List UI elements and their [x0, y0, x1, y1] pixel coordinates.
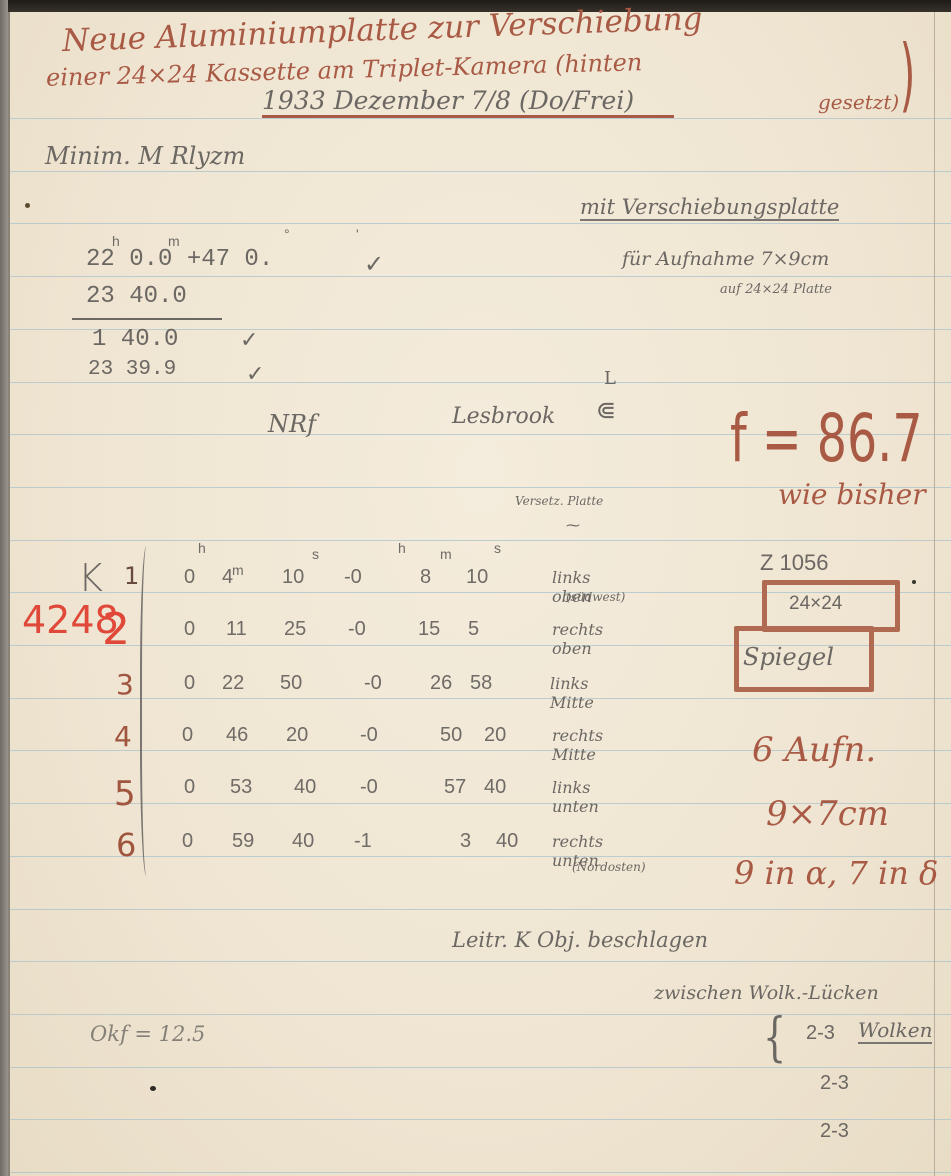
coord-row-1: 22 0.0 +47 0.	[86, 246, 273, 273]
end-h: -0	[348, 618, 366, 641]
setup-note-line-1: mit Verschiebungsplatte	[580, 195, 839, 221]
setup-note-line-3: auf 24×24 Platte	[720, 282, 832, 297]
start-h: 0	[184, 618, 195, 641]
column-header: Versetz. Platte	[515, 494, 603, 508]
binding-strip	[0, 0, 8, 1176]
format-box-label: 24×24	[789, 593, 842, 615]
unit-s: s	[494, 540, 501, 556]
cloud-value: 2-3	[820, 1120, 849, 1143]
unit-s: s	[312, 546, 319, 562]
brace-icon: {	[763, 1008, 786, 1068]
unit-h: h	[198, 540, 206, 556]
date-line: 1933 Dezember 7/8 (Do/Frei)	[262, 86, 674, 118]
row-index: 1	[124, 562, 139, 590]
unit-arcmin: '	[356, 226, 359, 242]
cloud-value: 2-3	[806, 1022, 835, 1045]
row-index: 3	[116, 668, 134, 701]
scribble-mark: ⋐	[596, 396, 616, 424]
position: links Mitte	[550, 674, 594, 712]
coord-row-2: 23 40.0	[86, 283, 187, 310]
ruled-line	[10, 1014, 951, 1015]
ruled-line	[10, 276, 951, 277]
start-m: 53	[230, 776, 252, 799]
end-m: 8	[420, 566, 431, 589]
ruled-line	[10, 171, 951, 172]
ruled-line	[10, 223, 951, 224]
end-s: 10	[466, 566, 488, 589]
focal-length: f = 86.7	[730, 400, 923, 477]
end-m: 26	[430, 672, 452, 695]
instrument-name: Lesbrook	[452, 404, 555, 429]
row-index: 6	[116, 826, 136, 864]
unit-m: m	[440, 546, 452, 562]
focal-comment: wie bisher	[778, 478, 926, 511]
end-h: -1	[354, 830, 372, 853]
end-h: -0	[360, 724, 378, 747]
z-number: Z 1056	[760, 550, 829, 576]
remark-line-1: Leitr. K Obj. beschlagen	[452, 928, 708, 952]
exposure-size: 9×7cm	[766, 794, 889, 834]
unit-degrees: °	[284, 226, 290, 242]
ruled-line	[10, 909, 951, 910]
ink-dot	[912, 580, 916, 584]
end-m: 57	[444, 776, 466, 799]
ruled-line	[10, 961, 951, 962]
check-icon: ✓	[240, 328, 258, 353]
ruled-line	[10, 1119, 951, 1120]
end-m: 15	[418, 618, 440, 641]
exposure-orientation: 9 in α, 7 in δ	[734, 854, 938, 892]
start-s: 20	[286, 724, 308, 747]
ruled-line	[10, 118, 951, 119]
start-h: 0	[184, 776, 195, 799]
end-h: -0	[344, 566, 362, 589]
end-h: -0	[360, 776, 378, 799]
start-m: 46	[226, 724, 248, 747]
ruled-line	[10, 540, 951, 541]
end-s: 20	[484, 724, 506, 747]
check-icon: ✓	[364, 250, 384, 278]
end-s: 5	[468, 618, 479, 641]
mirror-box-label: Spiegel	[743, 643, 834, 671]
remark-line-2: zwischen Wolk.-Lücken	[654, 982, 879, 1004]
end-m: 50	[440, 724, 462, 747]
start-m: 22	[222, 672, 244, 695]
start-m: 4	[222, 566, 233, 589]
start-h: 0	[184, 566, 195, 589]
row-index: 2	[102, 604, 130, 655]
start-s: 50	[280, 672, 302, 695]
row-index: 5	[114, 774, 136, 814]
position: rechts oben	[552, 620, 603, 658]
start-s: 40	[292, 830, 314, 853]
ruled-line	[10, 1067, 951, 1068]
observer-line: Minim. M Rlyzm	[45, 142, 245, 170]
position-note: (Nordosten)	[572, 860, 646, 874]
coord-row-3: 1 40.0	[92, 326, 178, 353]
end-m: 3	[460, 830, 471, 853]
start-h: 0	[184, 672, 195, 695]
right-margin-line	[934, 12, 935, 1176]
ink-dot	[25, 203, 30, 208]
start-m: 59	[232, 830, 254, 853]
end-h: -0	[364, 672, 382, 695]
title-line-3-suffix: gesetzt)	[818, 90, 899, 114]
row-brace	[140, 546, 156, 876]
ruled-line	[10, 1172, 951, 1173]
instrument-mark: L	[604, 368, 616, 389]
unit-h: h	[398, 540, 406, 556]
position: rechts Mitte	[552, 726, 603, 764]
end-s: 40	[496, 830, 518, 853]
cloud-label: Wolken	[858, 1018, 932, 1044]
check-icon: ✓	[246, 362, 264, 387]
end-s: 40	[484, 776, 506, 799]
tilde-mark: ⁓	[566, 518, 580, 534]
row-index: 4	[114, 720, 132, 753]
start-s: 40	[294, 776, 316, 799]
start-h: 0	[182, 830, 193, 853]
instrument-label: NRf	[268, 410, 316, 438]
start-h: 0	[182, 724, 193, 747]
mirror-box: Spiegel	[734, 626, 874, 692]
setup-note-line-2: für Aufnahme 7×9cm	[622, 248, 829, 270]
plate-prefix: K	[78, 556, 103, 600]
ocular-focal-note: Okf = 12.5	[90, 1022, 205, 1046]
position: links unten	[552, 778, 599, 816]
sum-underline	[72, 318, 222, 320]
unit-m: m	[232, 562, 244, 578]
start-s: 25	[284, 618, 306, 641]
coord-row-4: 23 39.9	[88, 358, 176, 381]
closing-paren: )	[900, 28, 916, 121]
cloud-value: 2-3	[820, 1072, 849, 1095]
start-m: 11	[226, 618, 247, 641]
start-s: 10	[282, 566, 304, 589]
ruled-line	[10, 382, 951, 383]
ink-dot	[150, 1086, 156, 1091]
format-box: 24×24	[762, 580, 900, 632]
end-s: 58	[470, 672, 492, 695]
position-note: (südwest)	[566, 590, 625, 604]
exposure-count: 6 Aufn.	[752, 730, 876, 770]
